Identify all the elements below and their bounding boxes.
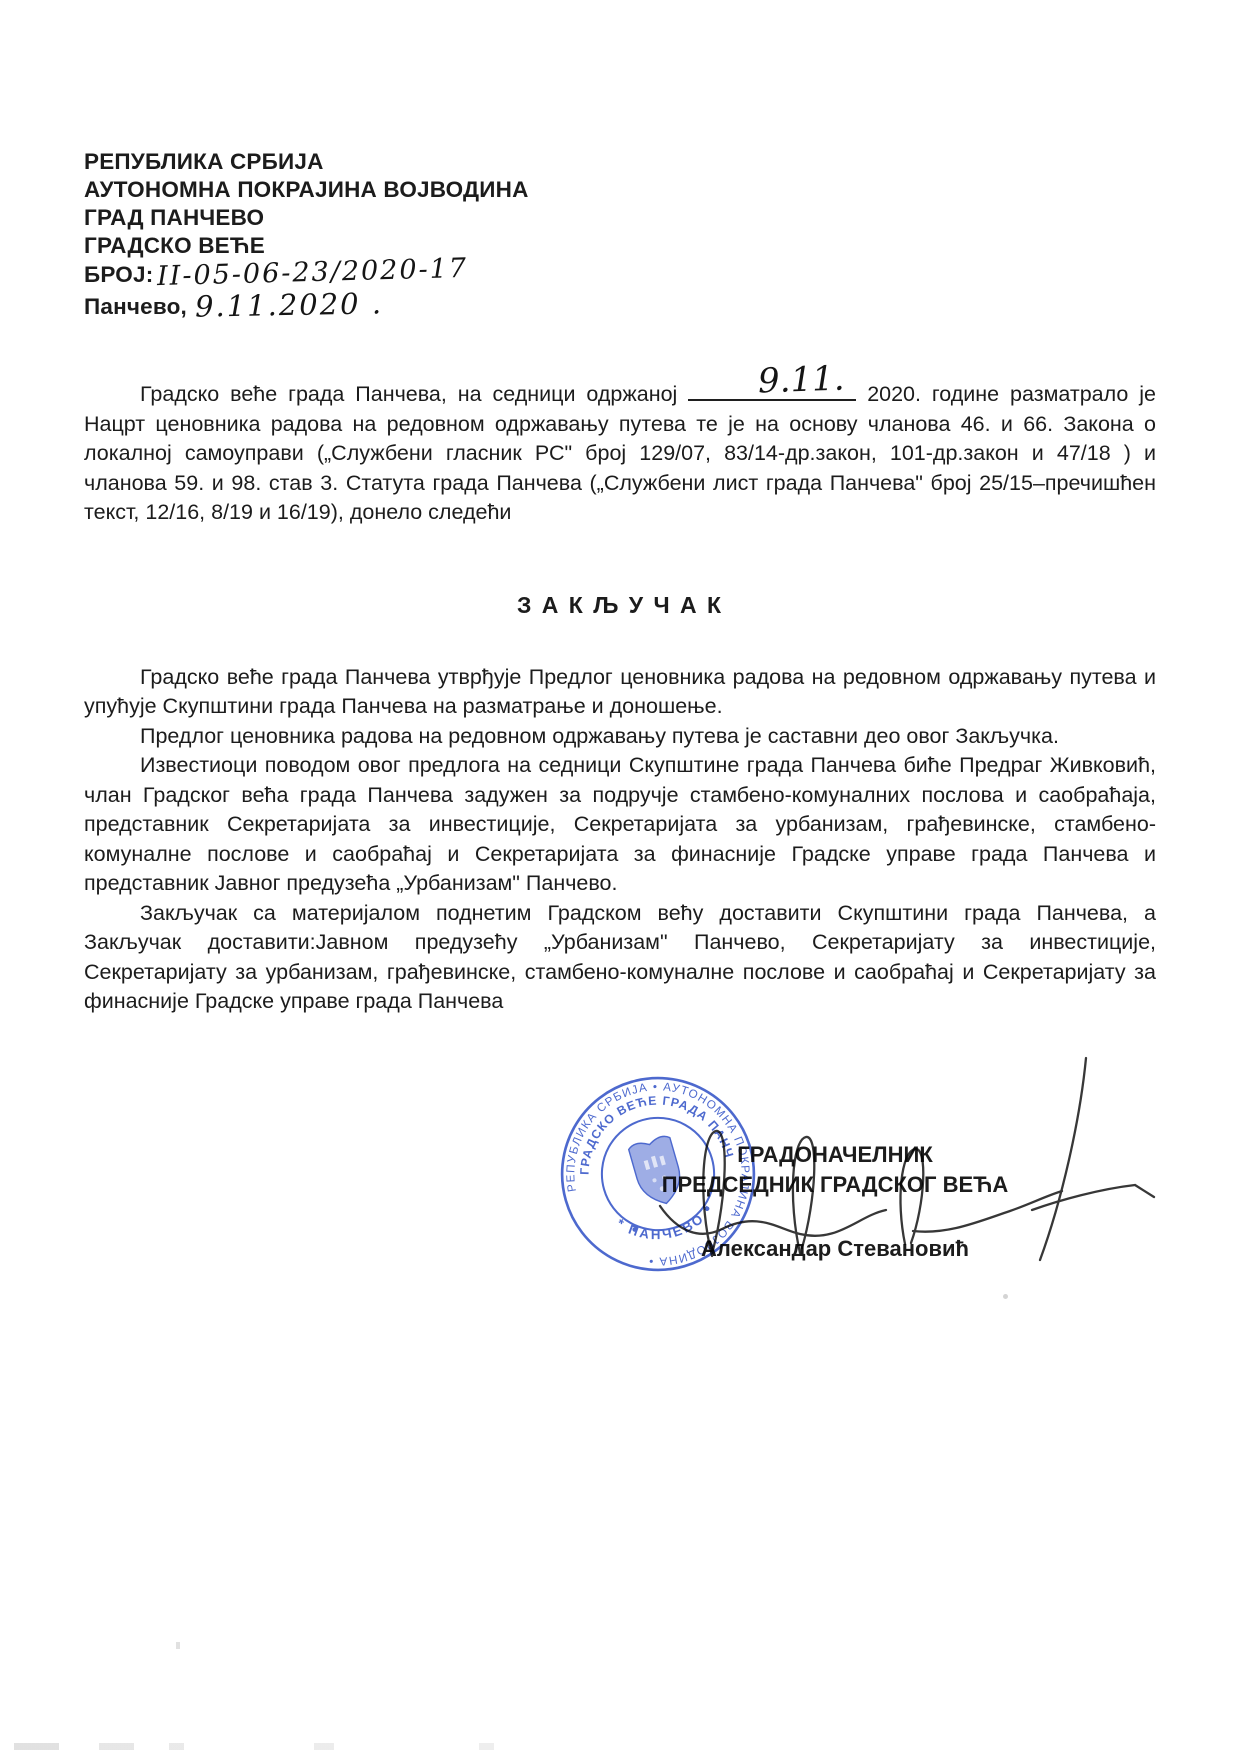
signature-tail <box>913 1191 1062 1232</box>
handwritten-document-number: II-05-06-23/2020-17 <box>157 255 469 291</box>
letterhead-province: АУТОНОМНА ПОКРАЈИНА ВОЈВОДИНА <box>84 176 1156 204</box>
intro-paragraph: Градско веће града Панчева, на седници о… <box>84 380 1156 528</box>
scan-artifact-dot <box>1003 1294 1008 1299</box>
paragraph-distribution: Закључак са материјалом поднетим Градско… <box>84 899 1156 1017</box>
letterhead: РЕПУБЛИКА СРБИЈА АУТОНОМНА ПОКРАЈИНА ВОЈ… <box>84 148 1156 320</box>
signature-loop-1 <box>703 1131 724 1256</box>
document-title: З А К Љ У Ч А К <box>84 592 1156 619</box>
letterhead-republic: РЕПУБЛИКА СРБИЈА <box>84 148 1156 176</box>
place-label: Панчево, <box>84 294 187 319</box>
document-number-line: БРОЈ:II-05-06-23/2020-17 <box>84 260 1156 290</box>
handwritten-date: 9.11.2020 . <box>195 289 383 320</box>
date-blank-underline: 9.11. <box>688 381 856 401</box>
place-date-line: Панчево,9.11.2020 . <box>84 290 1156 320</box>
signature-loop-3 <box>900 1149 923 1244</box>
handwritten-signature <box>560 1040 1180 1275</box>
scan-artifact-fleck <box>176 1642 180 1649</box>
signature-cross-stroke <box>1032 1185 1154 1210</box>
paragraph-rapporteurs: Известиоци поводом овог предлога на седн… <box>84 751 1156 899</box>
letterhead-city: ГРАД ПАНЧЕВО <box>84 204 1156 232</box>
signature-baseline <box>660 1206 886 1236</box>
document-page: РЕПУБЛИКА СРБИЈА АУТОНОМНА ПОКРАЈИНА ВОЈ… <box>0 0 1240 1752</box>
signature-tall-stroke <box>1040 1058 1086 1260</box>
intro-text-before-blank: Градско веће града Панчева, на седници о… <box>140 382 677 406</box>
letterhead-council: ГРАДСКО ВЕЋЕ <box>84 232 1156 260</box>
document-content: РЕПУБЛИКА СРБИЈА АУТОНОМНА ПОКРАЈИНА ВОЈ… <box>0 0 1240 1017</box>
signature-strokes <box>660 1058 1154 1260</box>
scan-artifact-bottom-edge <box>14 1743 514 1750</box>
number-label: БРОЈ: <box>84 262 153 287</box>
paragraph-attachment: Предлог ценовника радова на редовном одр… <box>84 722 1156 752</box>
paragraph-decision: Градско веће града Панчева утврђује Пред… <box>84 663 1156 722</box>
handwritten-session-date: 9.11. <box>702 362 846 401</box>
body-paragraphs: Градско веће града Панчева утврђује Пред… <box>84 663 1156 1017</box>
